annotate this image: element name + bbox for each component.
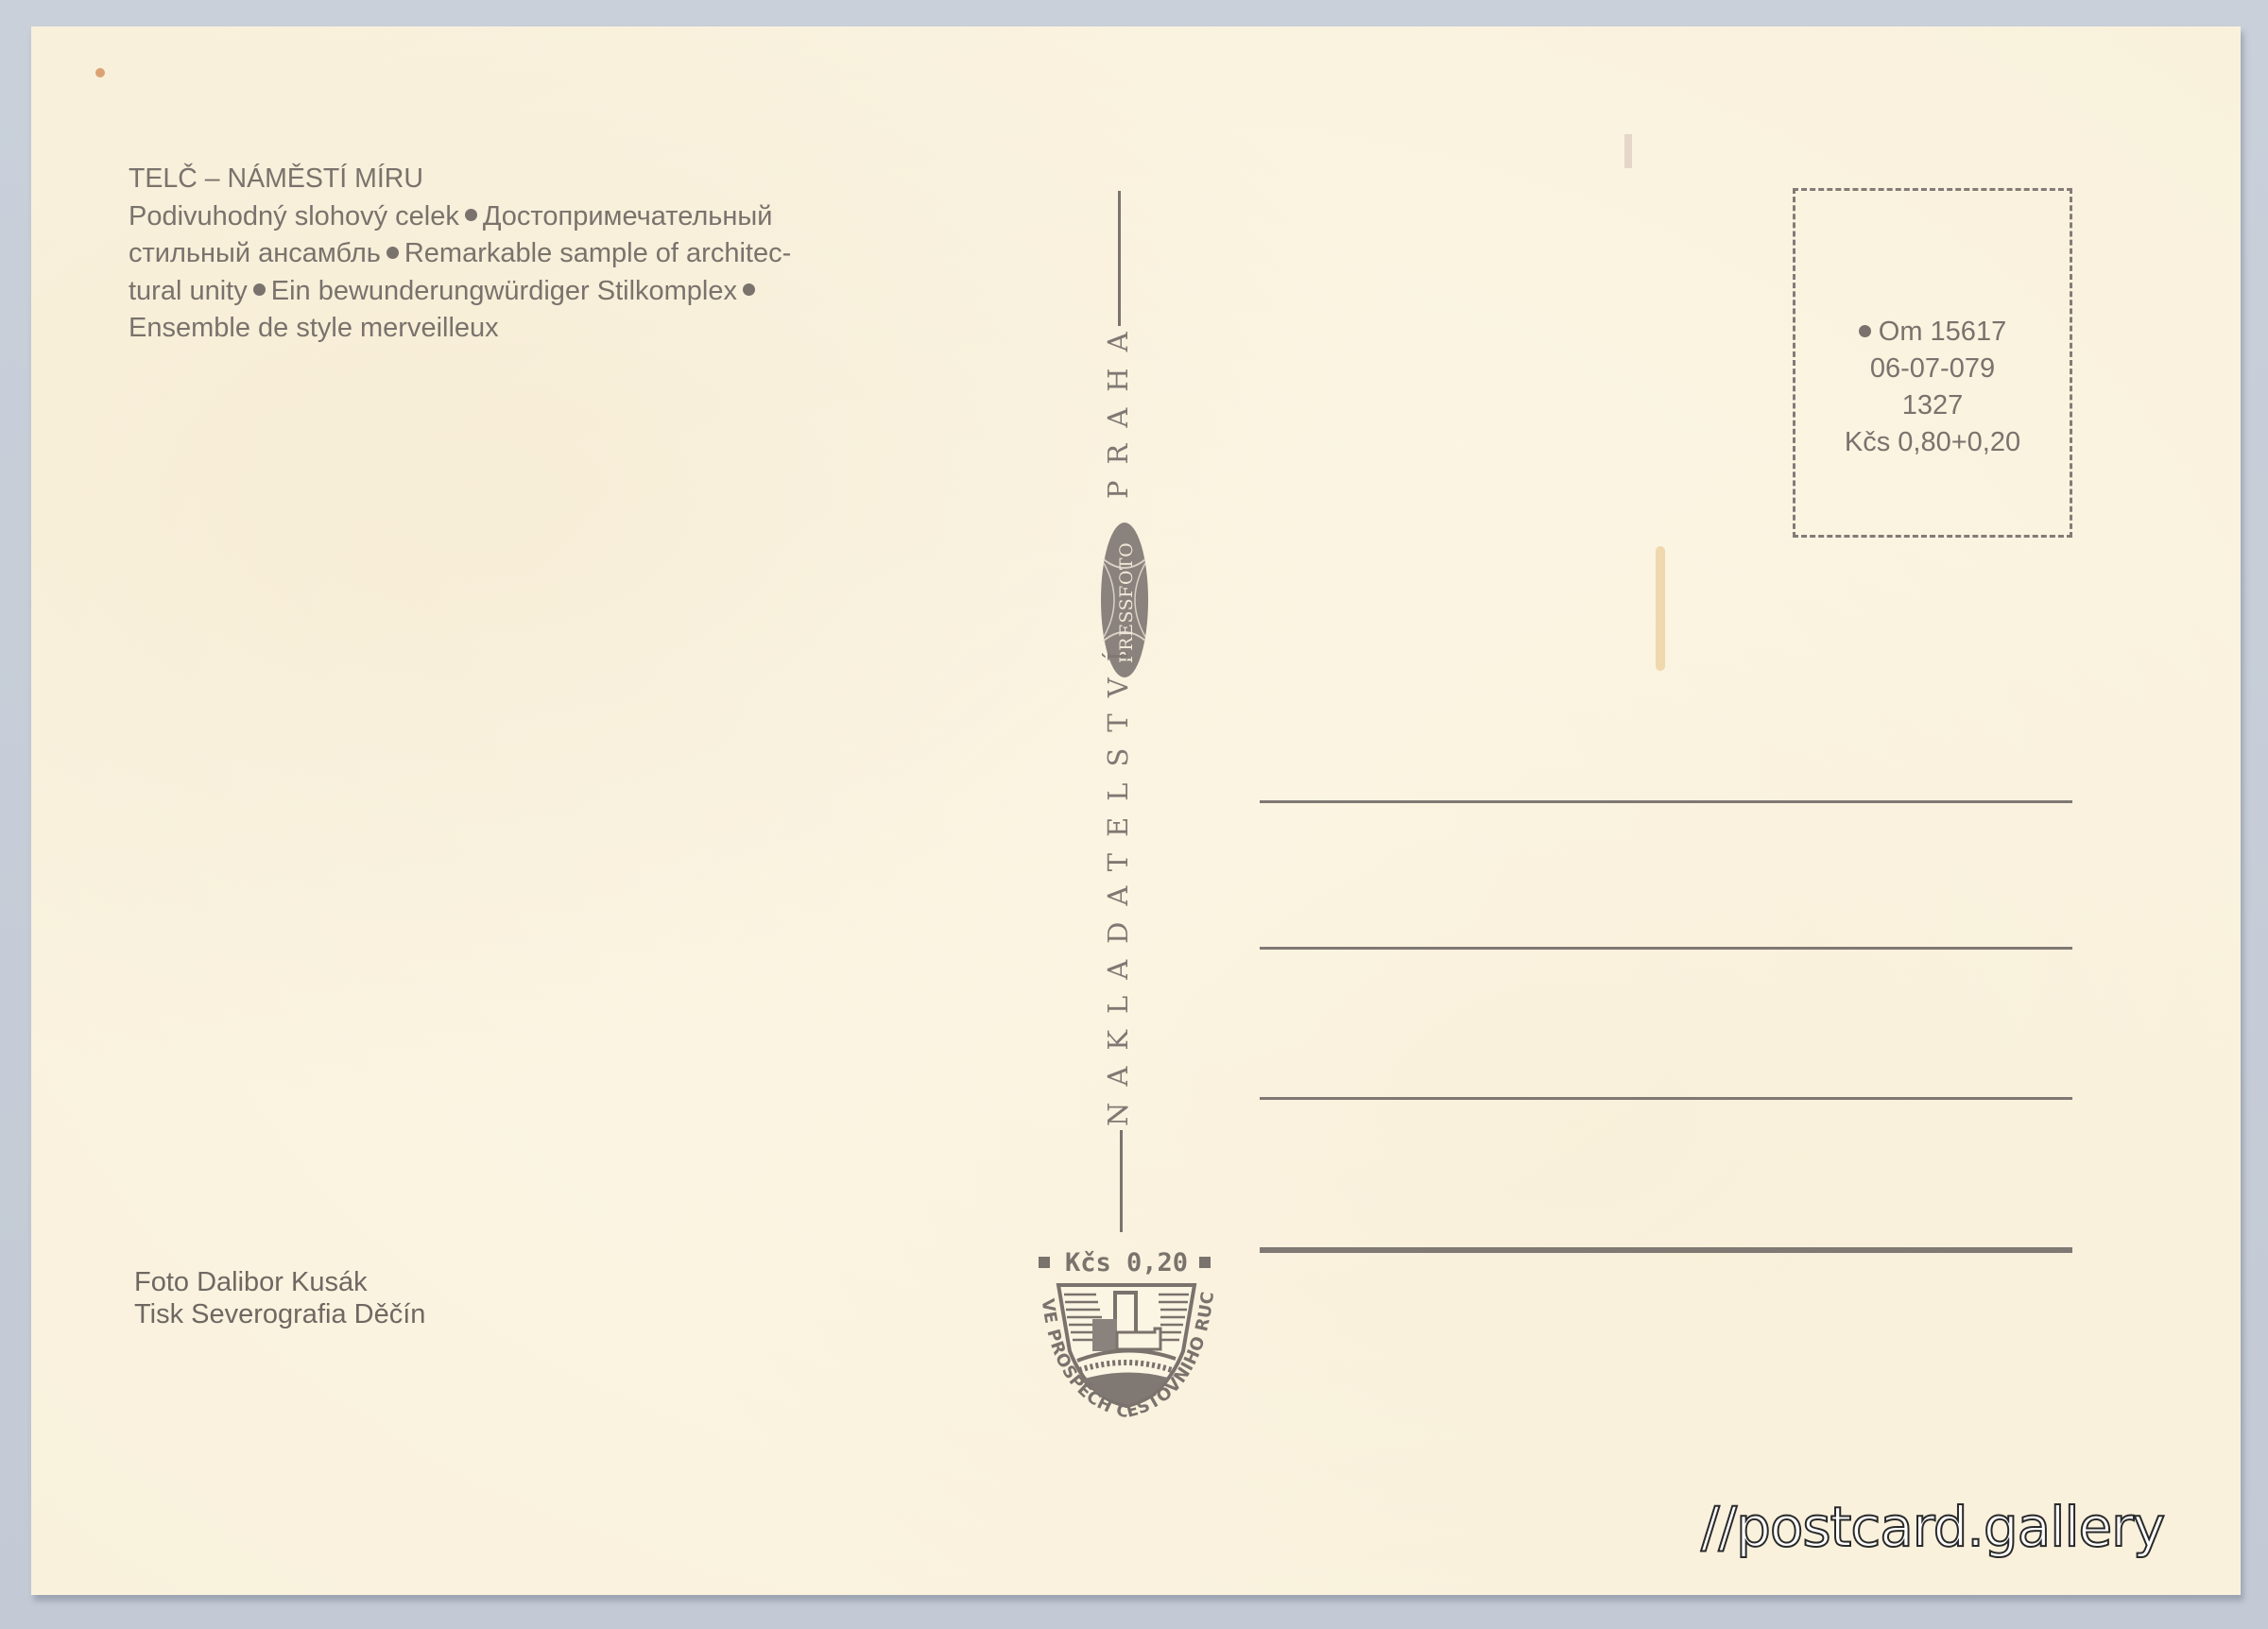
tourism-emblem: Kčs 0,20 VE PROSPĚCH CESTOVNÍHO RUCHU (1022, 1238, 1230, 1427)
divider-top (1118, 191, 1121, 326)
stamp-run: 1327 (1793, 387, 2072, 424)
stamp-info: Om 15617 06-07-079 1327 Kčs 0,80+0,20 (1793, 314, 2072, 461)
publisher-city: PRAHA (1102, 316, 1134, 499)
caption-line-1: Podivuhodný slohový celekДостопримечател… (129, 198, 979, 236)
publisher-name: NAKLADATELSTVÍ (1102, 635, 1134, 1126)
caption-czech: Podivuhodný slohový celek (129, 201, 459, 231)
watermark: //postcard.gallery (1701, 1495, 2164, 1559)
credits: Foto Dalibor Kusák Tisk Severografia Děč… (134, 1266, 425, 1330)
bullet-icon (743, 283, 755, 296)
rust-spot (95, 68, 105, 77)
print-credit: Tisk Severografia Děčín (134, 1298, 425, 1330)
photo-credit: Foto Dalibor Kusák (134, 1266, 425, 1298)
bullet-icon (1859, 325, 1871, 337)
caption-line-2: стильный ансамбльRemarkable sample of ar… (129, 235, 979, 273)
caption-english-1: Remarkable sample of architec- (404, 238, 791, 268)
caption-russian-1: Достопримечательный (483, 201, 773, 231)
svg-text:Kčs 0,20: Kčs 0,20 (1065, 1248, 1188, 1277)
stamp-number: 06-07-079 (1793, 351, 2072, 387)
caption-english-2: tural unity (129, 276, 248, 306)
divider-bottom (1120, 1130, 1123, 1232)
caption-block: TELČ – NÁMĚSTÍ MÍRU Podivuhodný slohový … (129, 161, 979, 348)
bullet-icon (465, 209, 477, 221)
tape-stain (1656, 546, 1665, 671)
stamp-price: Kčs 0,80+0,20 (1793, 424, 2072, 461)
paper-mark (1624, 134, 1632, 168)
bullet-icon (253, 283, 266, 296)
caption-german: Ein bewunderungwürdiger Stilkomplex (271, 276, 737, 306)
address-line-4 (1260, 1247, 2072, 1253)
caption-russian-2: стильный ансамбль (129, 238, 381, 268)
caption-title: TELČ – NÁMĚSTÍ MÍRU (129, 161, 979, 198)
bullet-icon (387, 247, 399, 259)
address-line-1 (1260, 800, 2072, 803)
caption-line-3: tural unityEin bewunderungwürdiger Stilk… (129, 273, 979, 311)
address-line-3 (1260, 1097, 2072, 1100)
stamp-code: Om 15617 (1879, 317, 2006, 347)
address-line-2 (1260, 947, 2072, 950)
caption-line-4: Ensemble de style merveilleux (129, 310, 979, 348)
